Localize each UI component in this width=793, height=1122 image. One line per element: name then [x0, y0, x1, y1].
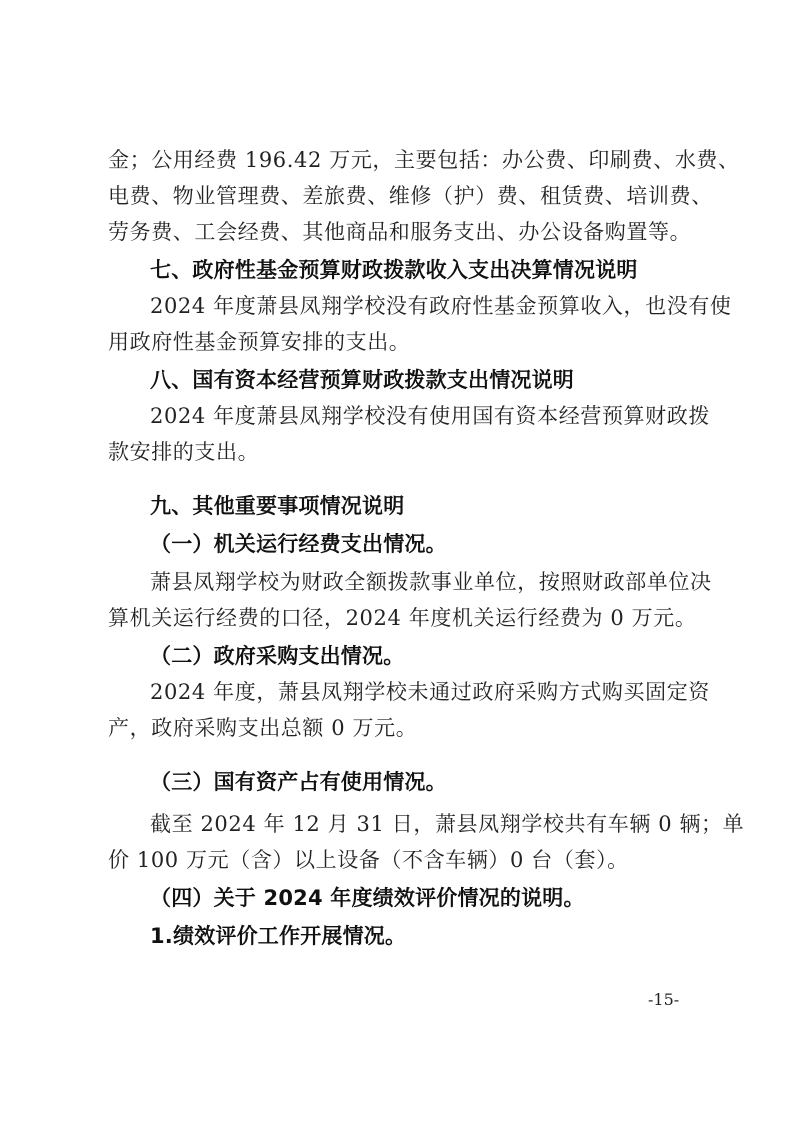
subsection-heading-2: （二）政府采购支出情况。 [150, 642, 404, 670]
paragraph-line: 劳务费、工会经费、其他商品和服务支出、办公设备购置等。 [108, 218, 691, 246]
paragraph-line: 电费、物业管理费、差旅费、维修（护）费、租赁费、培训费、 [108, 182, 694, 210]
section-heading-8: 八、国有资本经营预算财政拨款支出情况说明 [150, 366, 574, 394]
paragraph-line: 2024 年度萧县凤翔学校没有使用国有资本经营预算财政拨 [150, 402, 694, 430]
paragraph-line: 用政府性基金预算安排的支出。 [108, 328, 410, 356]
page-number: -15- [648, 990, 679, 1009]
paragraph-line: 金；公用经费 196.42 万元，主要包括：办公费、印刷费、水费、 [108, 146, 694, 174]
paragraph-line: 价 100 万元（含）以上设备（不含车辆）0 台（套）。 [108, 846, 629, 874]
paragraph-line: 产，政府采购支出总额 0 万元。 [108, 714, 417, 742]
subsection-heading-4-1: 1.绩效评价工作开展情况。 [150, 922, 406, 950]
section-heading-9: 九、其他重要事项情况说明 [150, 492, 404, 520]
paragraph-line: 萧县凤翔学校为财政全额拨款事业单位，按照财政部单位决 [150, 568, 694, 596]
subsection-heading-3: （三）国有资产占有使用情况。 [150, 768, 447, 796]
subsection-heading-1: （一）机关运行经费支出情况。 [150, 530, 447, 558]
paragraph-line: 款安排的支出。 [108, 438, 259, 466]
paragraph-line: 2024 年度萧县凤翔学校没有政府性基金预算收入，也没有使 [150, 292, 694, 320]
section-heading-7: 七、政府性基金预算财政拨款收入支出决算情况说明 [150, 256, 638, 284]
subsection-heading-4: （四）关于 2024 年度绩效评价情况的说明。 [150, 884, 585, 912]
paragraph-line: 2024 年度，萧县凤翔学校未通过政府采购方式购买固定资 [150, 678, 694, 706]
paragraph-line: 截至 2024 年 12 月 31 日，萧县凤翔学校共有车辆 0 辆；单 [150, 810, 694, 838]
paragraph-line: 算机关运行经费的口径，2024 年度机关运行经费为 0 万元。 [108, 604, 696, 632]
